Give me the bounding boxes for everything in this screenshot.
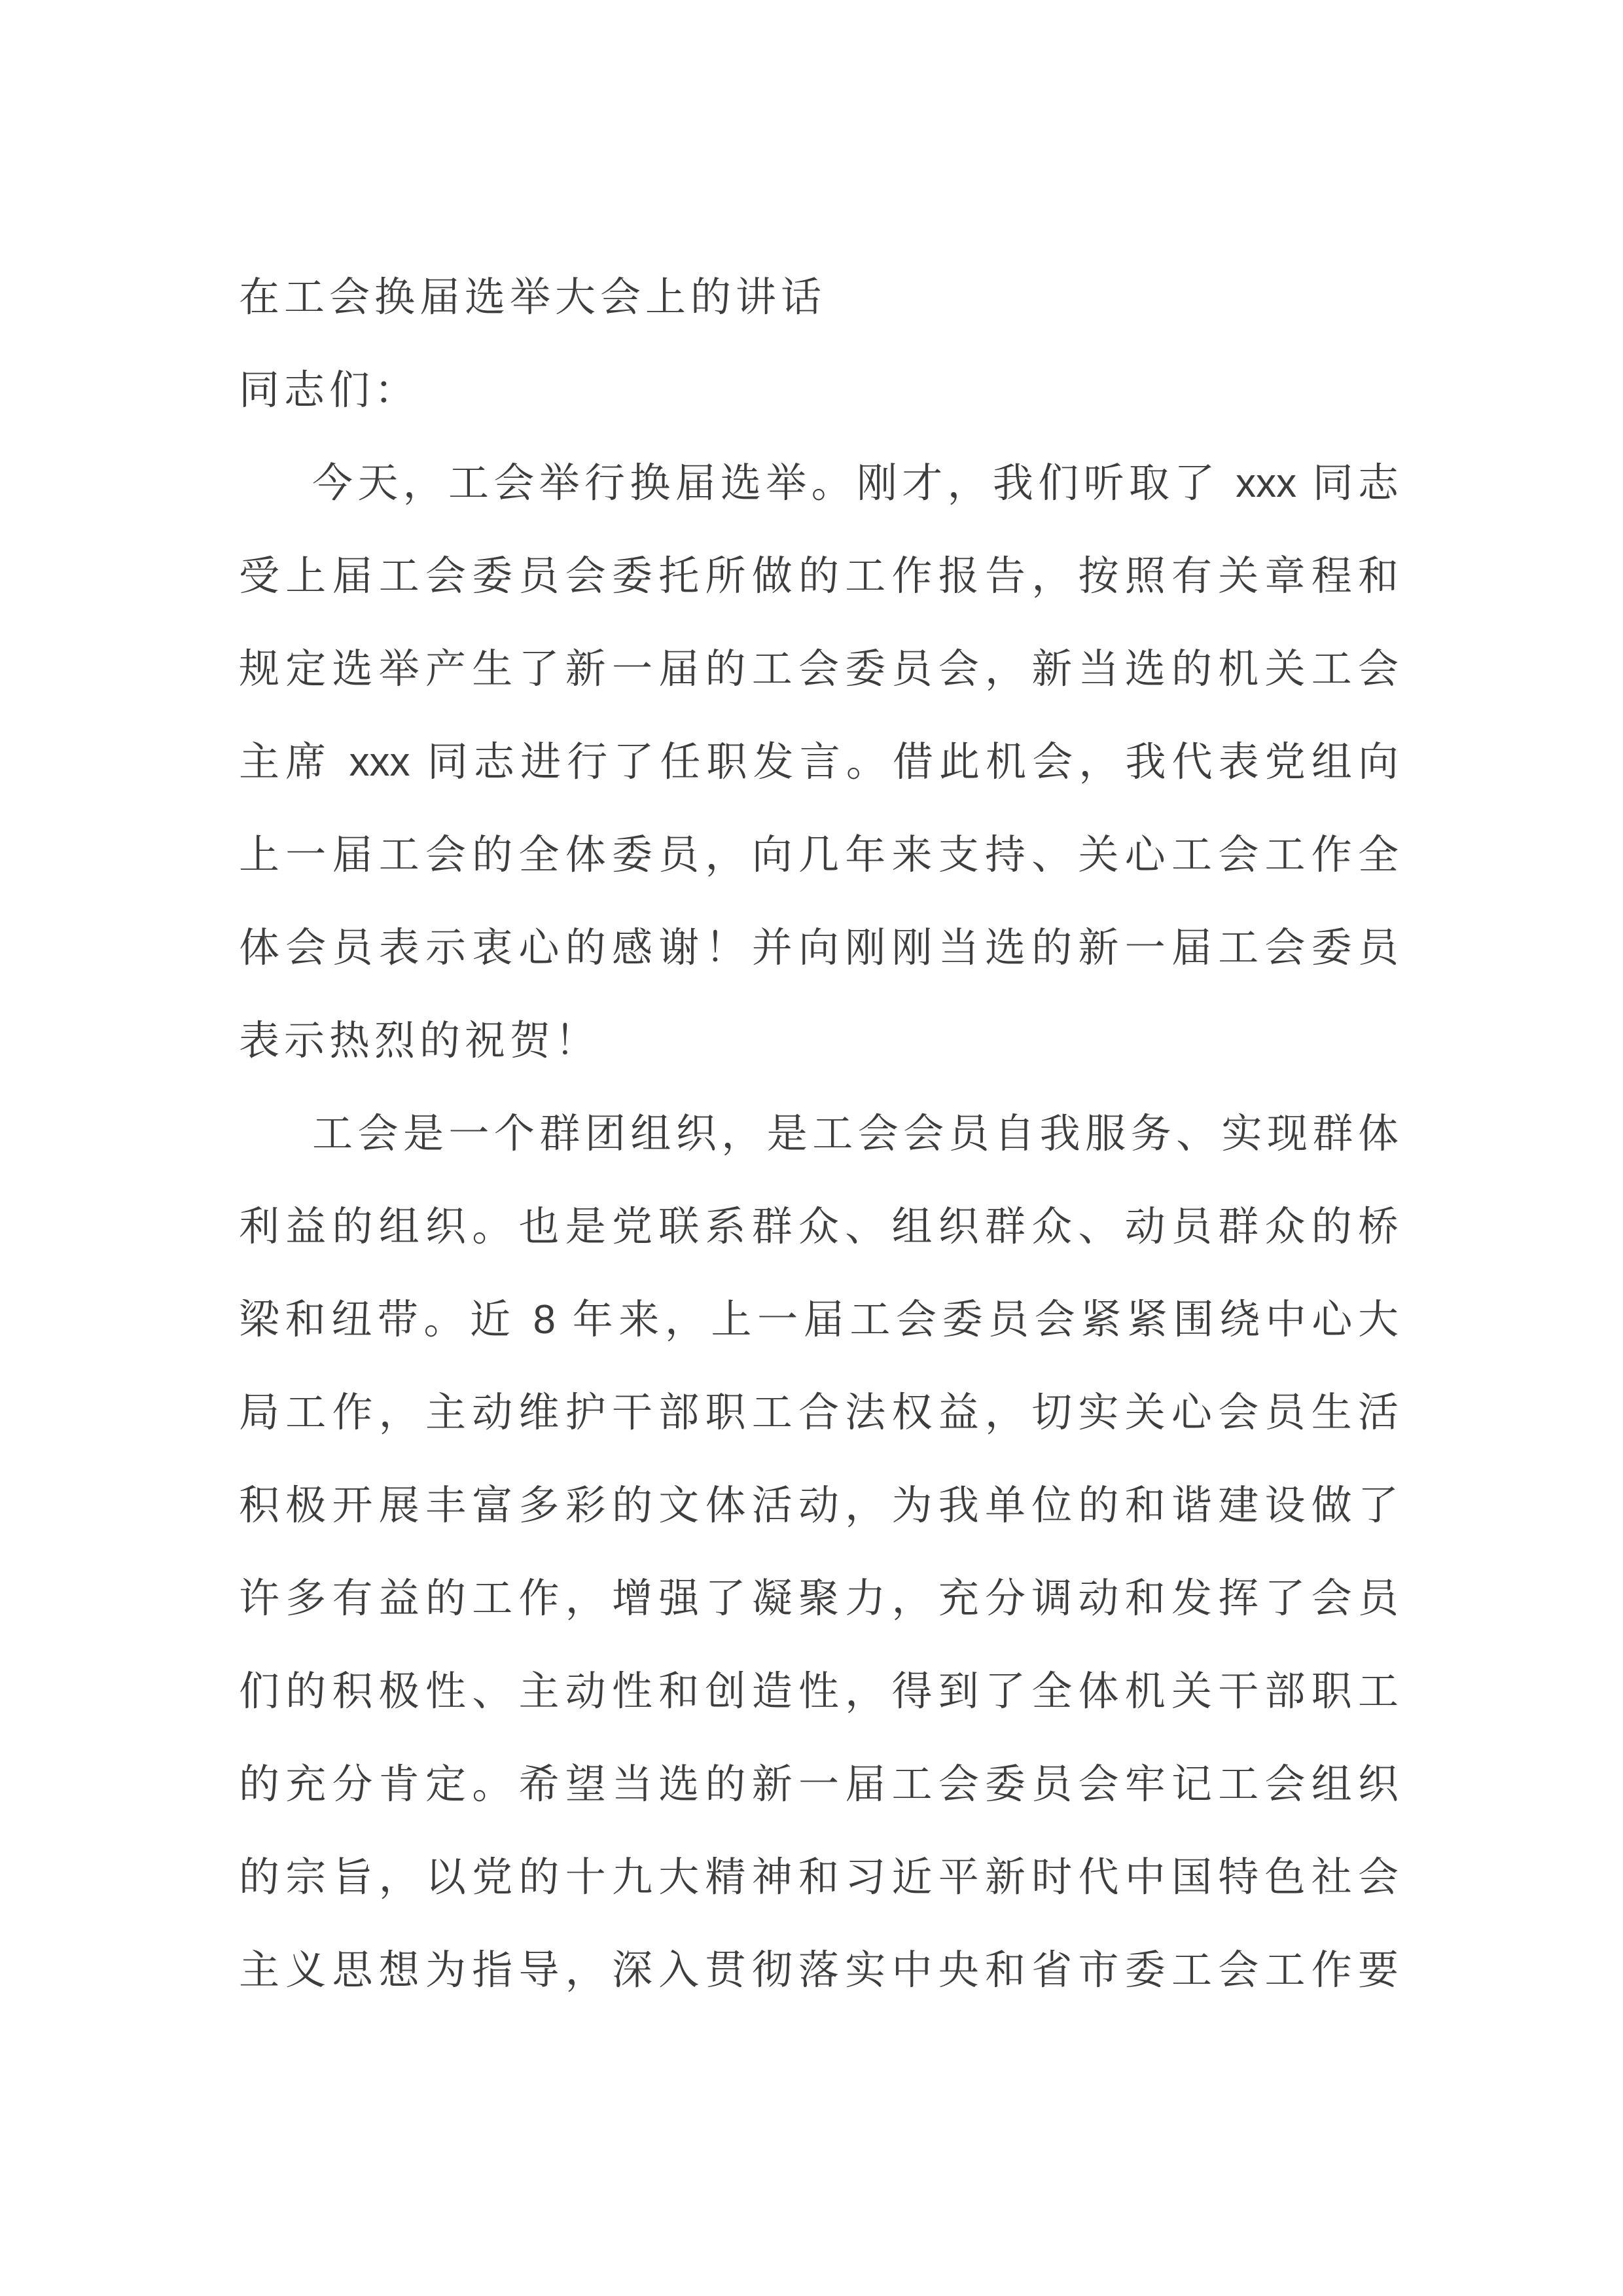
paragraph2-line: 局工作，主动维护干部职工合法权益，切实关心会员生活: [239, 1367, 1399, 1460]
salutation-line: 同志们：: [239, 344, 1399, 437]
document-page: 在工会换届选举大会上的讲话 同志们： 今天，工会举行换届选举。刚才，我们听取了 …: [0, 0, 1623, 2296]
paragraph1-line: 上一届工会的全体委员，向几年来支持、关心工会工作全: [239, 809, 1399, 902]
paragraph2-line: 的充分肯定。希望当选的新一届工会委员会牢记工会组织: [239, 1738, 1399, 1831]
paragraph2-line: 们的积极性、主动性和创造性，得到了全体机关干部职工: [239, 1645, 1399, 1738]
document-title: 在工会换届选举大会上的讲话: [239, 251, 1399, 344]
paragraph1-last-line: 表示热烈的祝贺！: [239, 995, 1399, 1088]
paragraph1-line: 规定选举产生了新一届的工会委员会，新当选的机关工会: [239, 623, 1399, 716]
paragraph2-line: 的宗旨，以党的十九大精神和习近平新时代中国特色社会: [239, 1831, 1399, 1924]
paragraph2-line: 工会是一个群团组织，是工会会员自我服务、实现群体: [239, 1088, 1399, 1181]
paragraph2-line: 主义思想为指导，深入贯彻落实中央和省市委工会工作要: [239, 1924, 1399, 2017]
document-content: 在工会换届选举大会上的讲话 同志们： 今天，工会举行换届选举。刚才，我们听取了 …: [239, 251, 1399, 2017]
paragraph2-line: 积极开展丰富多彩的文体活动，为我单位的和谐建设做了: [239, 1460, 1399, 1552]
paragraph1-line: 受上届工会委员会委托所做的工作报告，按照有关章程和: [239, 530, 1399, 623]
paragraph2-line: 许多有益的工作，增强了凝聚力，充分调动和发挥了会员: [239, 1552, 1399, 1645]
paragraph1-line: 主席 xxx 同志进行了任职发言。借此机会，我代表党组向: [239, 716, 1399, 809]
paragraph2-line: 利益的组织。也是党联系群众、组织群众、动员群众的桥: [239, 1181, 1399, 1274]
paragraph1-line: 体会员表示衷心的感谢！并向刚刚当选的新一届工会委员: [239, 902, 1399, 995]
paragraph1-line: 今天，工会举行换届选举。刚才，我们听取了 xxx 同志: [239, 437, 1399, 530]
paragraph2-line: 梁和纽带。近 8 年来，上一届工会委员会紧紧围绕中心大: [239, 1274, 1399, 1367]
